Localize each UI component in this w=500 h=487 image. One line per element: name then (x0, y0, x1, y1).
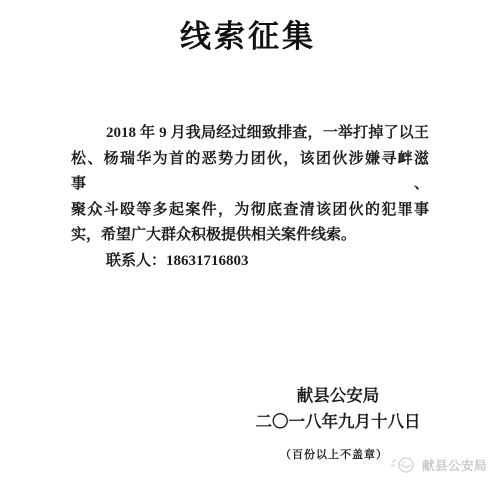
paragraph-line-4: 实，希望广大群众积极提供相关案件线索。 (71, 223, 429, 249)
official-account-avatar-icon (390, 455, 417, 474)
contact-phone: 18631716803 (166, 253, 249, 269)
signature-block: 献县公安局 二〇一八年九月十八日 (256, 383, 421, 434)
paragraph-line-2: 松、杨瑞华为首的恶势力团伙，该团伙涉嫌寻衅滋事、 (71, 147, 429, 198)
paragraph-line-3: 聚众斗殴等多起案件，为彻底查清该团伙的犯罪事 (71, 198, 429, 224)
contact-line: 联系人：18631716803 (71, 249, 429, 275)
watermark: 献县公安局 (390, 455, 487, 474)
contact-label: 联系人： (106, 253, 166, 269)
footnote-no-seal-note: （百份以上不盖章） (280, 446, 388, 462)
paragraph-line-1: 2018 年 9 月我局经过细致排查，一举打掉了以王 (71, 121, 429, 147)
document-body: 2018 年 9 月我局经过细致排查，一举打掉了以王 松、杨瑞华为首的恶势力团伙… (71, 121, 429, 275)
signature-agency: 献县公安局 (256, 383, 421, 409)
notice-document: 线索征集 2018 年 9 月我局经过细致排查，一举打掉了以王 松、杨瑞华为首的… (0, 0, 500, 487)
watermark-source-name: 献县公安局 (422, 456, 487, 474)
document-title: 线索征集 (0, 17, 496, 57)
signature-date: 二〇一八年九月十八日 (256, 409, 421, 435)
